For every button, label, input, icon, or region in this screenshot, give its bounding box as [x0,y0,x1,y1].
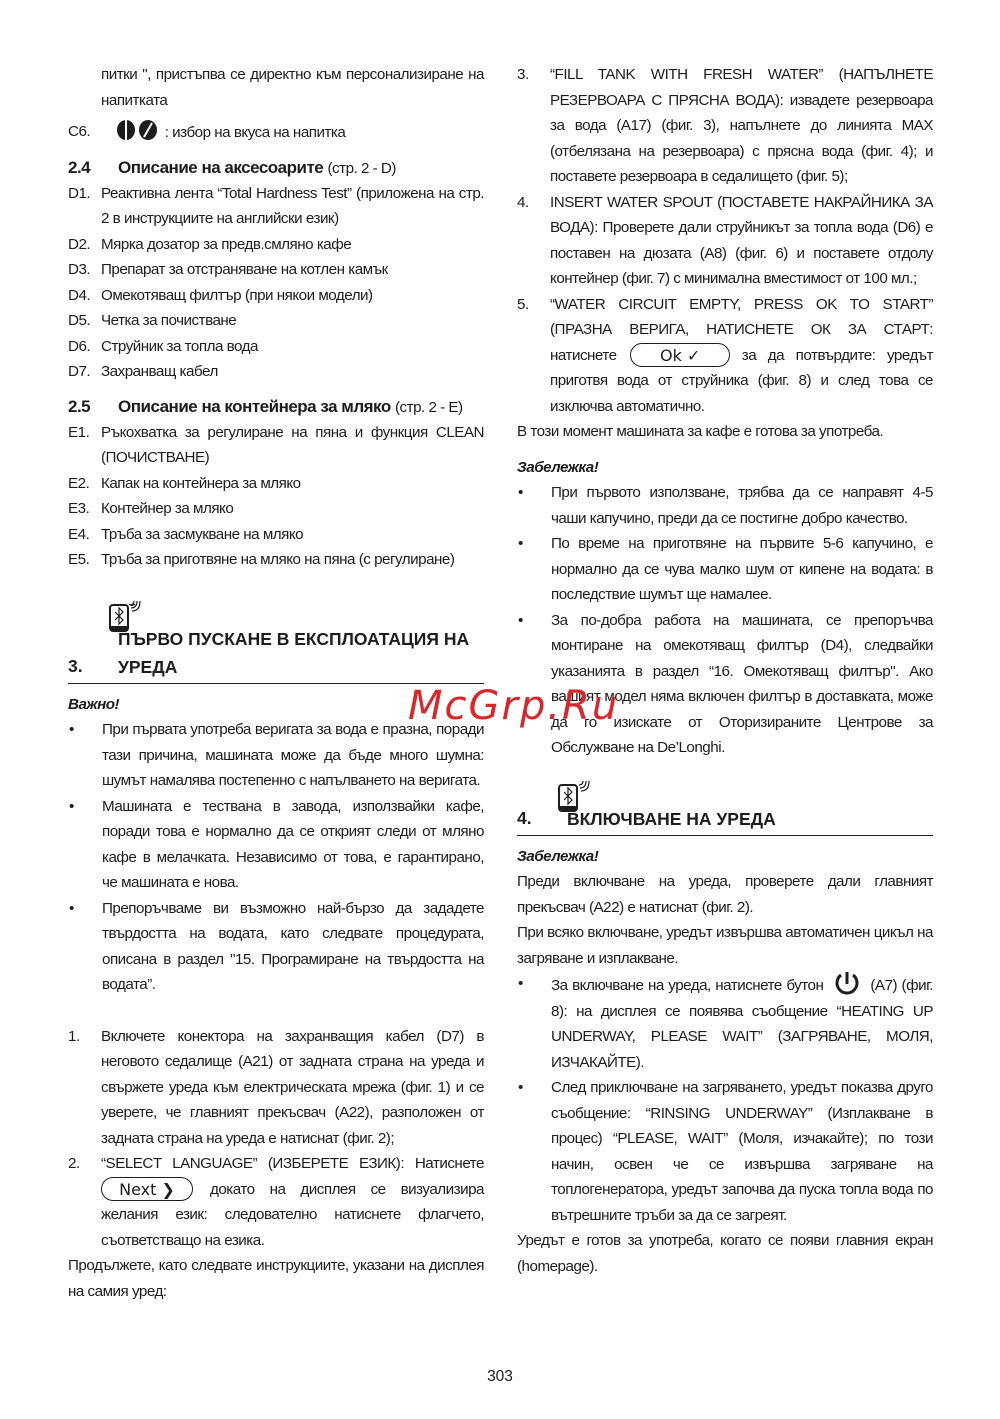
section-2-5-heading: 2.5 Описание на контейнера за мляко (стр… [68,395,484,420]
step-item: 4.INSERT WATER SPOUT (ПОСТАВЕТЕ НАКРАЙНИ… [517,190,933,292]
ok-button[interactable]: Ok ✓ [630,343,730,367]
bluetooth-phone-icon [557,779,593,813]
bluetooth-phone-icon [108,599,144,633]
step-item: 2. “SELECT LANGUAGE” (ИЗБЕРЕТЕ ЕЗИК): На… [68,1151,484,1253]
next-button[interactable]: Next ❯ [101,1177,193,1201]
paragraph: Преди включване на уреда, проверете дали… [517,869,933,920]
bullet-item: •Машината е тествана в завода, използвай… [68,794,484,896]
c6-item: C6. : избор на вкуса на напитка [68,119,484,146]
section-3-title: ПЪРВО ПУСКАНЕ В ЕКСПЛОАТАЦИЯ НА УРЕДА [68,625,484,681]
paragraph: При всяко включване, уредът извършва авт… [517,920,933,971]
list-item: E2.Капак на контейнера за мляко [68,471,484,497]
bullet-item: •След приключване на загряването, уредът… [517,1075,933,1228]
bullet-item: •При първото използване, трябва да се на… [517,480,933,531]
section-2-4-heading: 2.4 Описание на аксесоарите (стр. 2 - D) [68,156,484,181]
intro-continuation: питки ", пристъпва се директно към персо… [68,62,484,113]
note-title: Забележка! [517,455,933,481]
list-item: D5.Четка за почистване [68,308,484,334]
bullet-item: •По време на приготвяне на първите 5-6 к… [517,531,933,608]
milk-container-list: E1.Ръкохватка за регулиране на пяна и фу… [68,420,484,573]
right-column: 3.“FILL TANK WITH FRESH WATER” (НАПЪЛНЕТ… [517,62,933,1279]
list-item: E5.Тръба за приготвяне на мляко на пяна … [68,547,484,573]
step-item: 5. “WATER CIRCUIT EMPTY, PRESS OK TO STA… [517,292,933,420]
ready-text: В този момент машината за кафе е готова … [517,419,933,445]
bullet-item: • За включване на уреда, натиснете бутон… [517,971,933,1075]
list-item: D7.Захранващ кабел [68,359,484,385]
bullet-item: •Препоръчваме ви възможно най-бързо да з… [68,896,484,998]
accessories-list: D1.Реактивна лента “Total Hardness Test”… [68,181,484,385]
final-text: Уредът е готов за употреба, когато се по… [517,1228,933,1279]
list-item: D1.Реактивна лента “Total Hardness Test”… [68,181,484,232]
c6-label: C6. [68,119,101,146]
list-item: E1.Ръкохватка за регулиране на пяна и фу… [68,420,484,471]
list-item: D6.Струйник за топла вода [68,334,484,360]
watermark: McGrp.Ru [408,686,619,726]
power-icon [832,971,862,995]
list-item: E3.Контейнер за мляко [68,496,484,522]
c6-text: : избор на вкуса на напитка [165,124,346,141]
list-item: D4.Омекотяващ филтър (при някои модели) [68,283,484,309]
list-item: D3.Препарат за отстраняване на котлен ка… [68,257,484,283]
list-item: D2.Мярка дозатор за предв.смляно кафе [68,232,484,258]
page-number: 303 [0,1368,1000,1386]
step-item: 1.Включете конектора на захранващия кабе… [68,1024,484,1152]
list-item: E4.Тръба за засмукване на мляко [68,522,484,548]
step-item: 3.“FILL TANK WITH FRESH WATER” (НАПЪЛНЕТ… [517,62,933,190]
manual-page: питки ", пристъпва се директно към персо… [0,0,1000,1419]
section-3-heading: 3. ПЪРВО ПУСКАНЕ В ЕКСПЛОАТАЦИЯ НА УРЕДА [68,625,484,684]
continue-text: Продължете, като следвате инструкциите, … [68,1253,484,1304]
section-4-heading: 4. ВКЛЮЧВАНЕ НА УРЕДА [517,805,933,836]
coffee-beans-icon [115,119,161,141]
note-title: Забележка! [517,844,933,870]
